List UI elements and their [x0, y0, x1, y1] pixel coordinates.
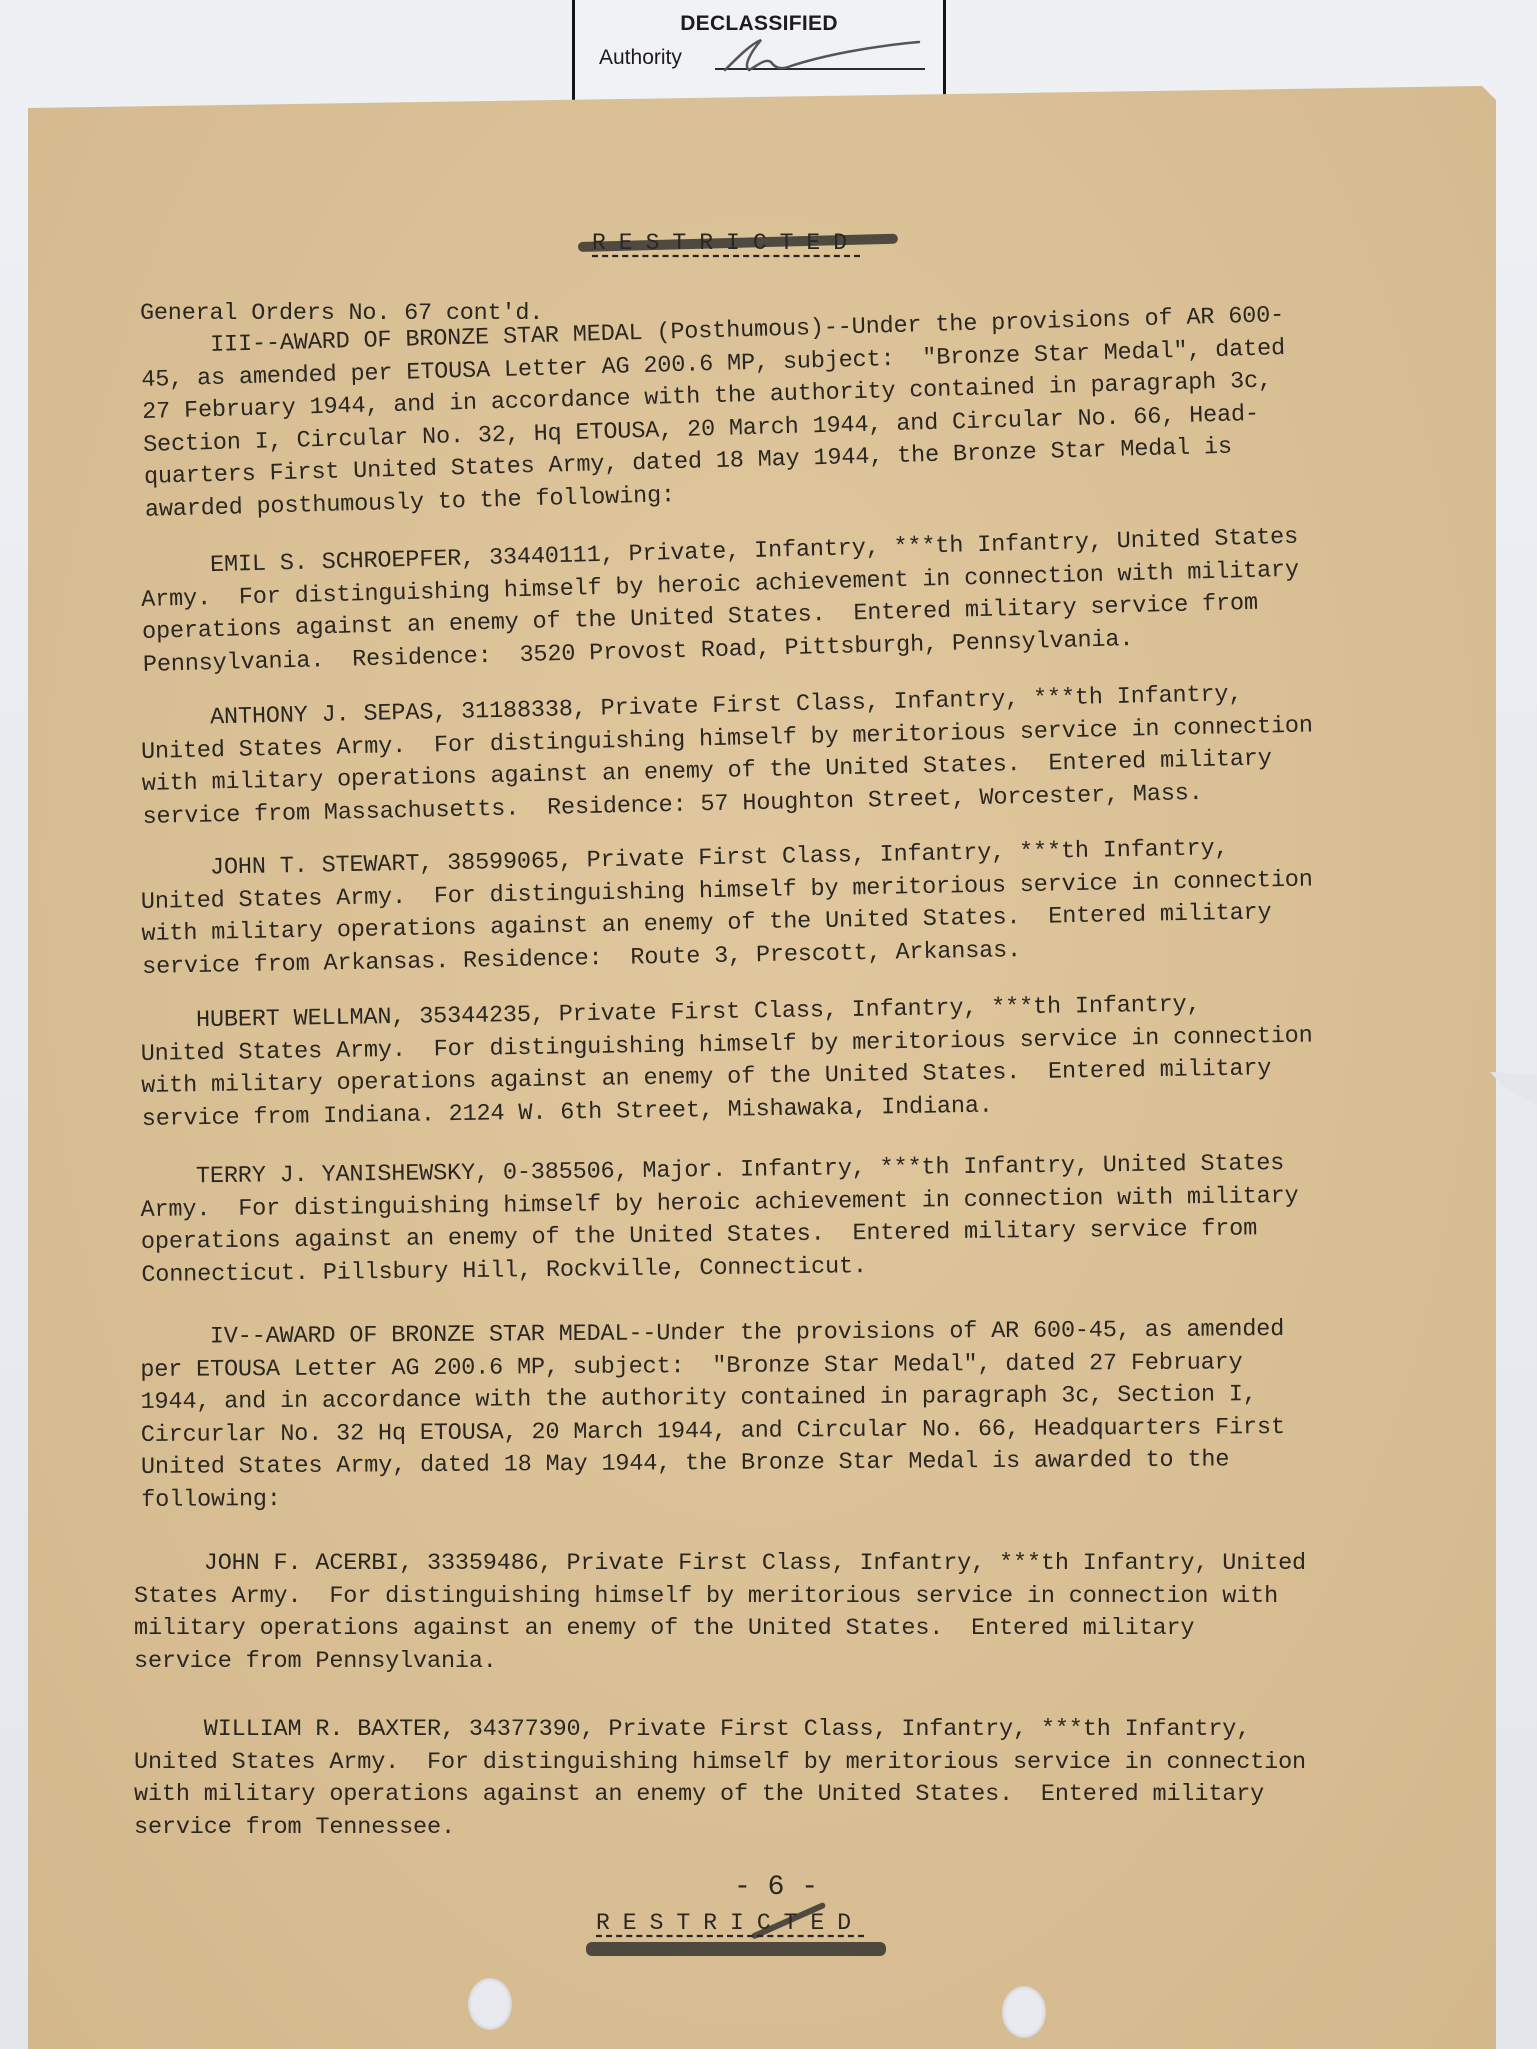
award-entry-yanishewsky: TERRY J. YANISHEWSKY, 0-385506, Major. I… — [140, 1145, 1501, 1292]
award-entry-acerbi: JOHN F. ACERBI, 33359486, Private First … — [134, 1548, 1494, 1678]
award-line: with military operations against an enem… — [134, 1779, 1494, 1812]
section-iv-paragraph: IV--AWARD OF BRONZE STAR MEDAL--Under th… — [140, 1313, 1501, 1517]
award-entry-stewart: JOHN T. STEWART, 38599065, Private First… — [140, 828, 1502, 984]
footer-strikethrough — [586, 1942, 886, 1956]
declassified-stamp: DECLASSIFIED Authority — [572, 0, 946, 108]
punch-hole-left — [468, 1978, 512, 2030]
signature-icon — [721, 36, 921, 76]
award-entry-baxter: WILLIAM R. BAXTER, 34377390, Private Fir… — [134, 1714, 1494, 1844]
award-line: United States Army. For distinguishing h… — [134, 1747, 1494, 1780]
page-number: - 6 - — [734, 1872, 818, 1903]
punch-hole-right — [1002, 1986, 1046, 2038]
section-iii-paragraph: III--AWARD OF BRONZE STAR MEDAL (Posthum… — [140, 294, 1505, 527]
award-line: WILLIAM R. BAXTER, 34377390, Private Fir… — [134, 1714, 1494, 1747]
award-line: JOHN F. ACERBI, 33359486, Private First … — [134, 1548, 1494, 1581]
award-line: military operations against an enemy of … — [134, 1613, 1494, 1646]
award-line: service from Pennsylvania. — [134, 1646, 1494, 1679]
award-line: service from Tennessee. — [134, 1812, 1494, 1845]
award-entry-wellman: HUBERT WELLMAN, 35344235, Private First … — [140, 985, 1502, 1136]
stamp-title: DECLASSIFIED — [575, 12, 943, 36]
stamp-authority-label: Authority — [599, 46, 682, 70]
award-line: States Army. For distinguishing himself … — [134, 1581, 1494, 1614]
footer-classification: RESTRICTED — [596, 1910, 864, 1936]
